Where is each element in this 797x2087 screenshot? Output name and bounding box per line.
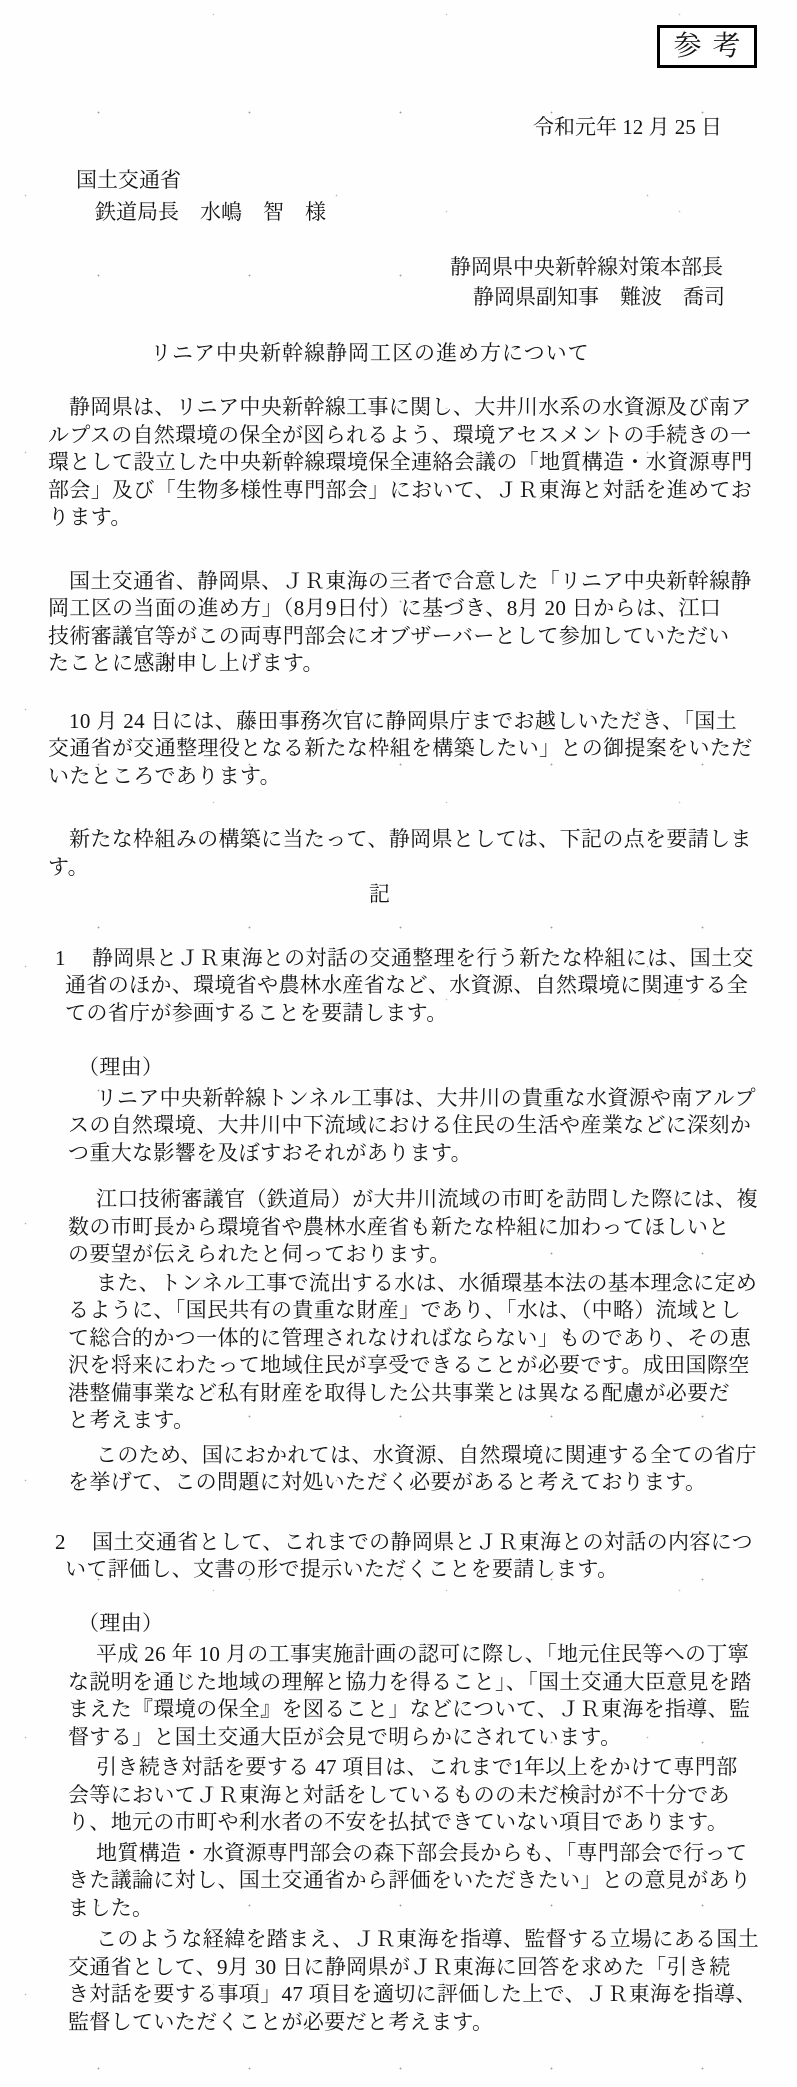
item-1-number: 1 <box>55 945 66 973</box>
intro-paragraph-3: 10 月 24 日には、藤田事務次官に静岡県庁までお越しいただき、「国土交通省が… <box>48 708 751 791</box>
item-1-reason-paragraph-3: また、トンネル工事で流出する水は、水循環基本法の基本理念に定めるように、「国民共… <box>68 1270 751 1435</box>
text-line: リニア中央新幹線トンネル工事は、大井川の貴重な水資源や南アルプ <box>68 1085 751 1113</box>
reference-tag-label: 参考 <box>662 33 751 61</box>
text-line: 新たな枠組みの構築に当たって、静岡県としては、下記の点を要請しま <box>48 826 751 854</box>
text-line: きた議論に対し、国土交通省から評価をいただきたい」との意見があり <box>68 1867 751 1895</box>
item-1-reason-paragraph-1: リニア中央新幹線トンネル工事は、大井川の貴重な水資源や南アルプスの自然環境、大井… <box>68 1085 751 1168</box>
text-line: 静岡県は、リニア中央新幹線工事に関し、大井川水系の水資源及び南ア <box>48 394 751 422</box>
text-line: 岡工区の当面の進め方」（8月9日付）に基づき、8月 20 日からは、江口 <box>48 595 751 623</box>
intro-paragraph-2: 国土交通省、静岡県、ＪＲ東海の三者で合意した「リニア中央新幹線静岡工区の当面の進… <box>48 568 751 678</box>
text-line: き対話を要する事項」47 項目を適切に評価した上で、ＪＲ東海を指導、 <box>68 1981 751 2009</box>
text-line: 交通省として、9月 30 日に静岡県がＪＲ東海に回答を求めた「引き続 <box>68 1954 751 1982</box>
text-line: いたところであります。 <box>48 763 751 791</box>
intro-paragraph-1: 静岡県は、リニア中央新幹線工事に関し、大井川水系の水資源及び南アルプスの自然環境… <box>48 394 751 532</box>
document-date: 令和元年 12 月 25 日 <box>533 113 722 141</box>
text-line: ルプスの自然環境の保全が図られるよう、環境アセスメントの手続きの一 <box>48 422 751 450</box>
text-line: ての省庁が参画することを要請します。 <box>65 1000 751 1028</box>
item-1-reason-paragraph-4: このため、国におかれては、水資源、自然環境に関連する全ての省庁を挙げて、この問題… <box>68 1442 751 1497</box>
text-line: 部会」及び「生物多様性専門部会」において、ＪＲ東海と対話を進めてお <box>48 477 751 505</box>
text-line: まえた『環境の保全』を図ること」などについて、ＪＲ東海を指導、監 <box>68 1696 751 1724</box>
text-line: 江口技術審議官（鉄道局）が大井川流域の市町を訪問した際には、複 <box>68 1186 751 1214</box>
text-line: 静岡県とＪＲ東海との対話の交通整理を行う新たな枠組には、国土交 <box>65 945 751 973</box>
text-line: 沢を将来にわたって地域住民が享受できることが必要です。成田国際空 <box>68 1352 751 1380</box>
text-line: このため、国におかれては、水資源、自然環境に関連する全ての省庁 <box>68 1442 751 1470</box>
text-line: 通省のほか、環境省や農林水産省など、水資源、自然環境に関連する全 <box>65 972 751 1000</box>
text-line: 監督していただくことが必要だと考えます。 <box>68 2009 751 2037</box>
text-line: るように、「国民共有の貴重な財産」であり、「水は、（中略）流域とし <box>68 1297 751 1325</box>
text-line: て総合的かつ一体的に管理されなければならない」ものであり、その恵 <box>68 1325 751 1353</box>
request-item-2: 2 国土交通省として、これまでの静岡県とＪＲ東海との対話の内容について評価し、文… <box>48 1529 751 1584</box>
text-line: 平成 26 年 10 月の工事実施計画の認可に際し、「地元住民等への丁寧 <box>68 1641 751 1669</box>
recipient-org: 国土交通省 <box>76 166 181 194</box>
text-line: す。 <box>48 854 751 882</box>
item-2-reason-paragraph-4: このような経緯を踏まえ、ＪＲ東海を指導、監督する立場にある国土交通省として、9月… <box>68 1926 751 2036</box>
text-line: な説明を通じた地域の理解と協力を得ること」、「国土交通大臣意見を踏 <box>68 1669 751 1697</box>
text-line: たことに感謝申し上げます。 <box>48 650 751 678</box>
text-line: また、トンネル工事で流出する水は、水循環基本法の基本理念に定め <box>68 1270 751 1298</box>
item-2-reason-paragraph-1: 平成 26 年 10 月の工事実施計画の認可に際し、「地元住民等への丁寧な説明を… <box>68 1641 751 1751</box>
text-line: り、地元の市町や利水者の不安を払拭できていない項目であります。 <box>68 1809 751 1837</box>
text-line: を挙げて、この問題に対処いただく必要があると考えております。 <box>68 1469 751 1497</box>
sender-person: 静岡県副知事 難波 喬司 <box>473 283 725 311</box>
text-line: 引き続き対話を要する 47 項目は、これまで1年以上をかけて専門部 <box>68 1754 751 1782</box>
text-line: 地質構造・水資源専門部会の森下部会長からも、「専門部会で行って <box>68 1840 751 1868</box>
scanned-letter-page: 参考 令和元年 12 月 25 日 国土交通省 鉄道局長 水嶋 智 様 静岡県中… <box>0 0 797 2087</box>
request-item-1: 1 静岡県とＪＲ東海との対話の交通整理を行う新たな枠組には、国土交通省のほか、環… <box>48 945 751 1028</box>
document-body: 静岡県は、リニア中央新幹線工事に関し、大井川水系の水資源及び南アルプスの自然環境… <box>48 394 751 2036</box>
recipient-person: 鉄道局長 水嶋 智 様 <box>95 198 326 226</box>
text-line: つ重大な影響を及ぼすおそれがあります。 <box>68 1140 751 1168</box>
text-line: 港整備事業など私有財産を取得した公共事業とは異なる配慮が必要だ <box>68 1380 751 1408</box>
text-line: 数の市町長から環境省や農林水産省も新たな枠組に加わってほしいと <box>68 1214 751 1242</box>
item-2-number: 2 <box>55 1529 66 1557</box>
text-line: 環として設立した中央新幹線環境保全連絡会議の「地質構造・水資源専門 <box>48 449 751 477</box>
text-line: ました。 <box>68 1895 751 1923</box>
item-2-reason-paragraph-2: 引き続き対話を要する 47 項目は、これまで1年以上をかけて専門部会等においてＪ… <box>68 1754 751 1837</box>
text-line: 会等においてＪＲ東海と対話をしているものの未だ検討が不十分であ <box>68 1782 751 1810</box>
text-line: このような経緯を踏まえ、ＪＲ東海を指導、監督する立場にある国土 <box>68 1926 751 1954</box>
reference-tag-box: 参考 <box>657 25 757 68</box>
sender-title: 静岡県中央新幹線対策本部長 <box>450 253 723 281</box>
text-line: 10 月 24 日には、藤田事務次官に静岡県庁までお越しいただき、「国土 <box>48 708 751 736</box>
text-line: 督する」と国土交通大臣が会見で明らかにされています。 <box>68 1724 751 1752</box>
item-2-reason-paragraph-3: 地質構造・水資源専門部会の森下部会長からも、「専門部会で行ってきた議論に対し、国… <box>68 1840 751 1923</box>
text-line: 国土交通省として、これまでの静岡県とＪＲ東海との対話の内容につ <box>65 1529 751 1557</box>
text-line: と考えます。 <box>68 1407 751 1435</box>
item-1-reason-label: （理由） <box>78 1054 751 1082</box>
text-line: いて評価し、文書の形で提示いただくことを要請します。 <box>65 1556 751 1584</box>
text-line: スの自然環境、大井川中下流域における住民の生活や産業などに深刻か <box>68 1112 751 1140</box>
item-1-reason-paragraph-2: 江口技術審議官（鉄道局）が大井川流域の市町を訪問した際には、複数の市町長から環境… <box>68 1186 751 1269</box>
document-title: リニア中央新幹線静岡工区の進め方について <box>0 339 740 367</box>
item-2-text: 国土交通省として、これまでの静岡県とＪＲ東海との対話の内容について評価し、文書の… <box>65 1529 751 1584</box>
text-line: の要望が伝えられたと伺っております。 <box>68 1241 751 1269</box>
item-1-text: 静岡県とＪＲ東海との対話の交通整理を行う新たな枠組には、国土交通省のほか、環境省… <box>65 945 751 1028</box>
item-2-reason-label: （理由） <box>78 1610 751 1638</box>
record-marker: 記 <box>48 881 751 909</box>
text-line: 技術審議官等がこの両専門部会にオブザーバーとして参加していただい <box>48 623 751 651</box>
text-line: ります。 <box>48 504 751 532</box>
intro-paragraph-4: 新たな枠組みの構築に当たって、静岡県としては、下記の点を要請します。 <box>48 826 751 881</box>
text-line: 国土交通省、静岡県、ＪＲ東海の三者で合意した「リニア中央新幹線静 <box>48 568 751 596</box>
text-line: 交通省が交通整理役となる新たな枠組を構築したい」との御提案をいただ <box>48 735 751 763</box>
